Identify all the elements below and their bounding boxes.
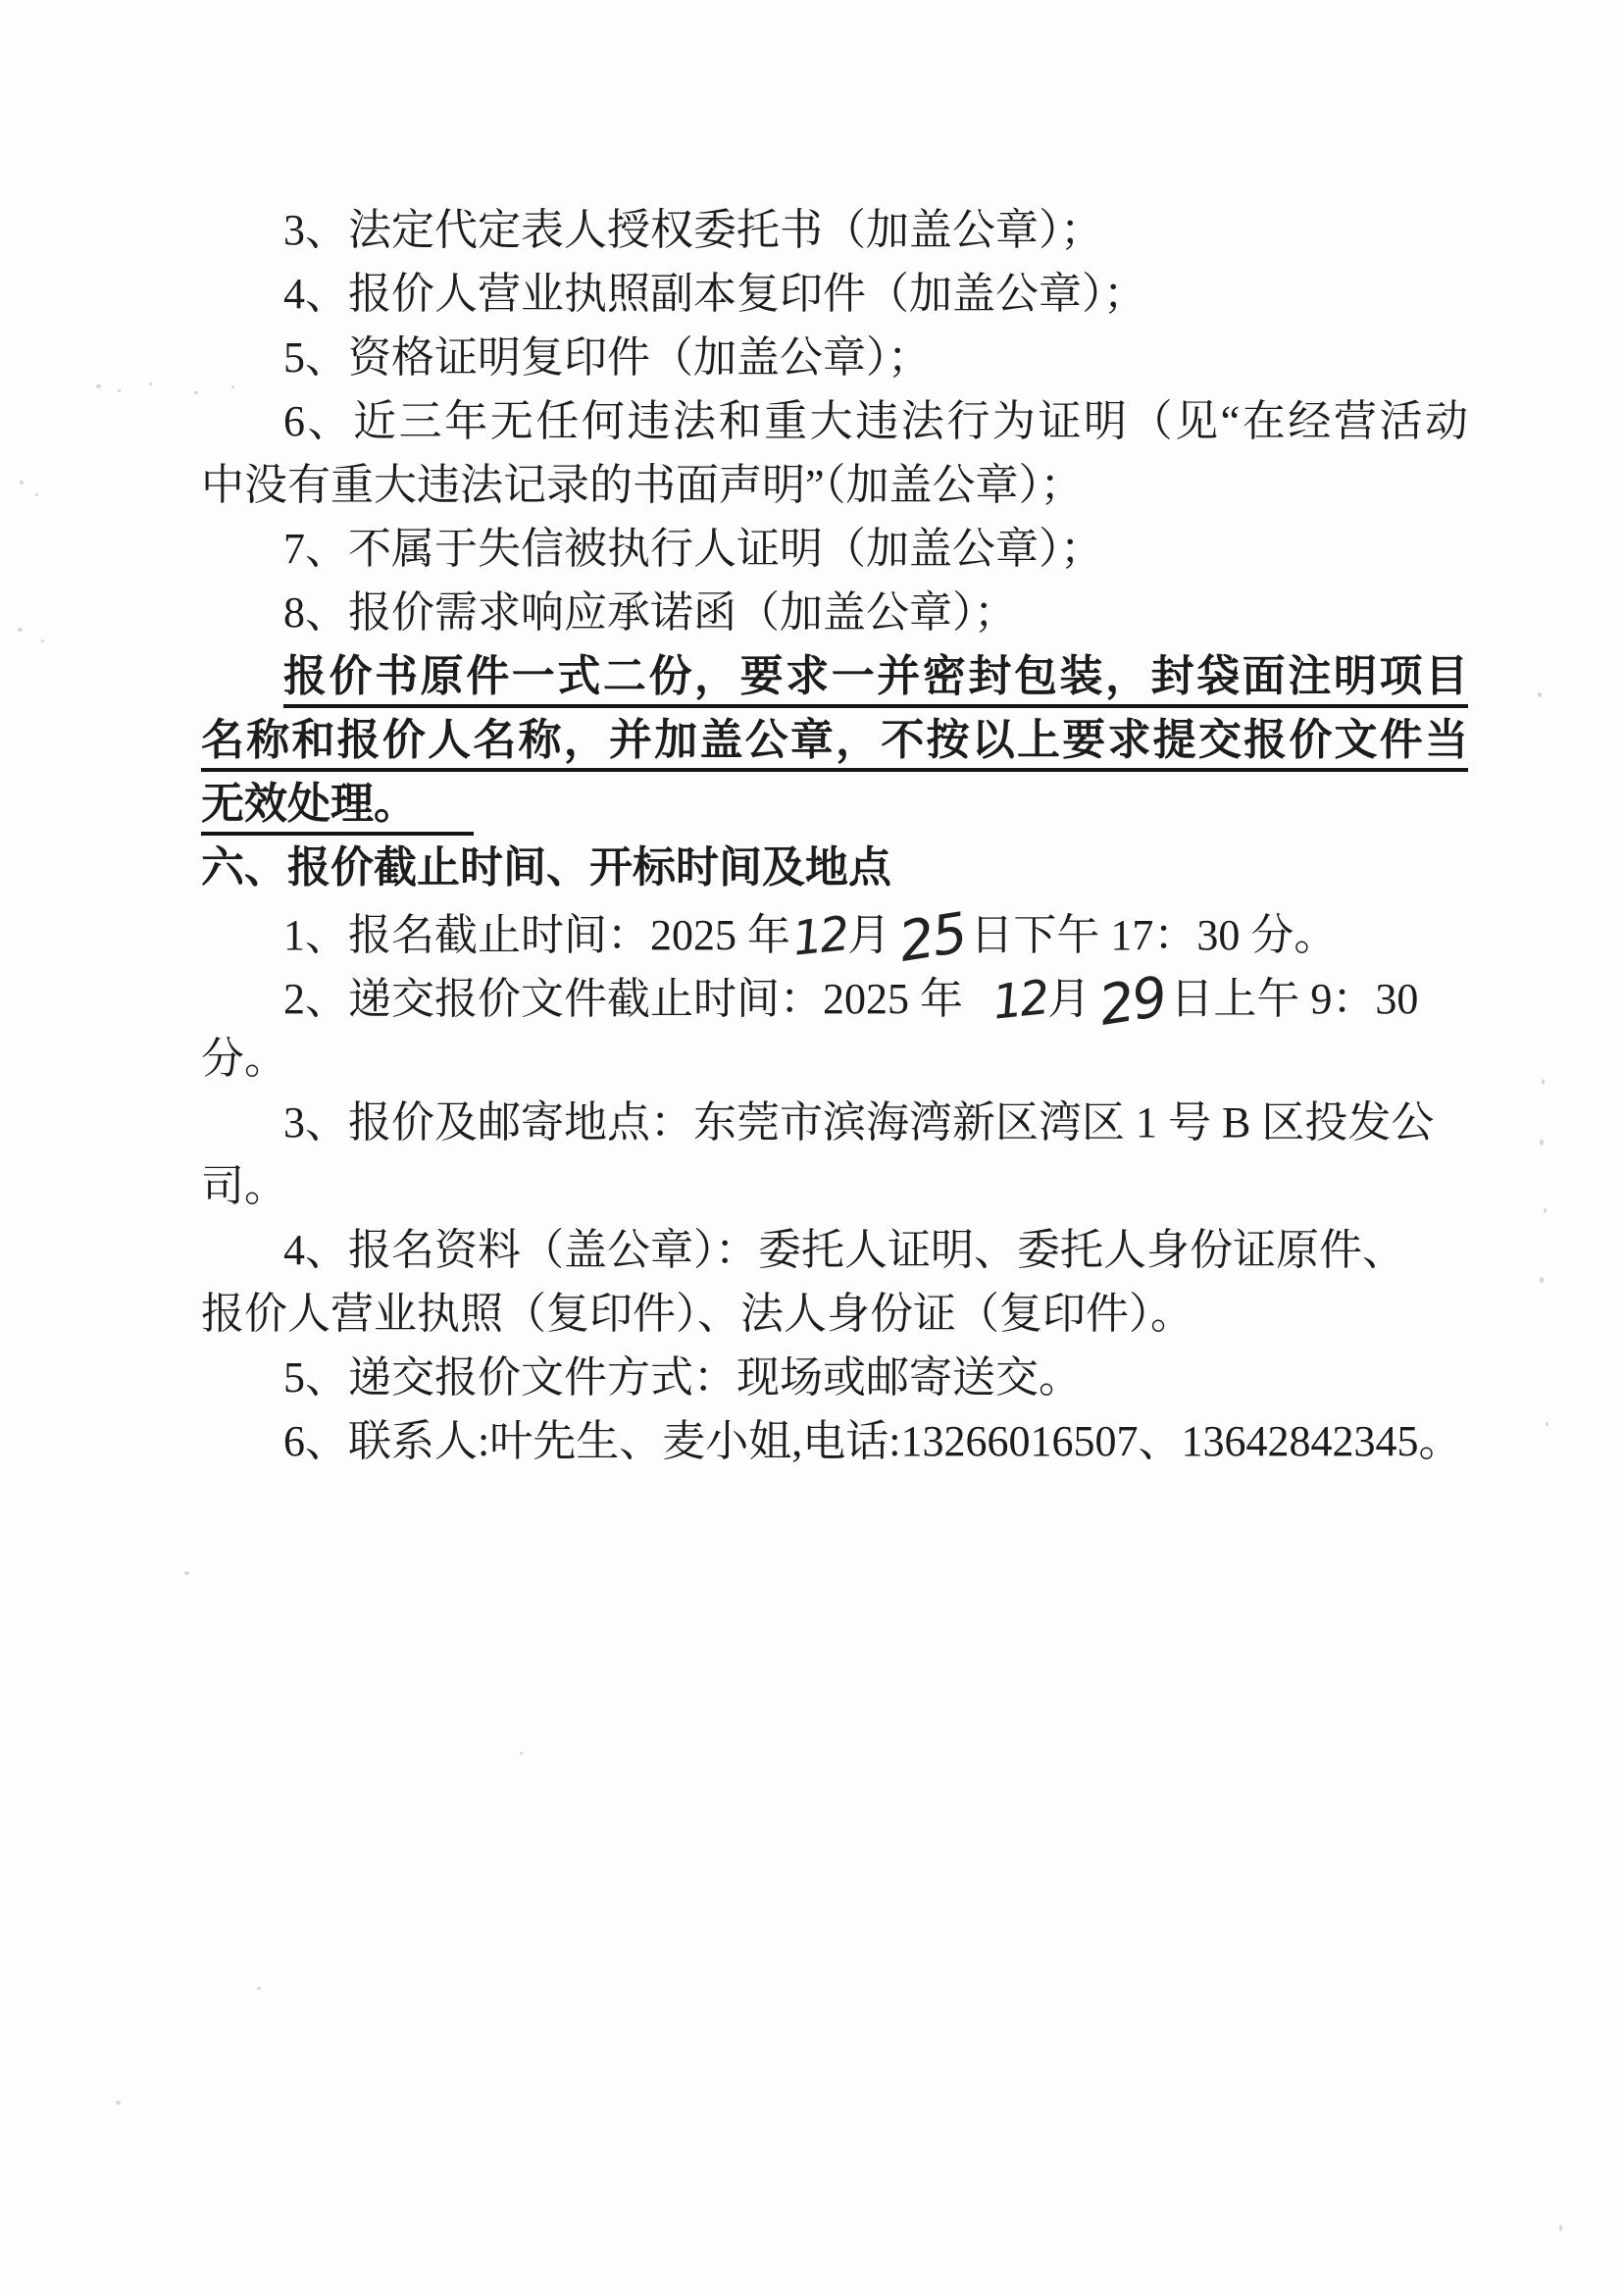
doc-line-item6-text: 6、近三年无任何违法和重大违法行为证明（见“在经营活动 (283, 389, 1468, 453)
noise-speck (96, 384, 101, 388)
doc-line-sealing-note-3: 无效处理。 (201, 772, 1468, 836)
noise-speck (1559, 2224, 1562, 2231)
printed-text: 月 (1047, 975, 1091, 1023)
doc-line-deadline-submit-cont: 分。 (201, 1027, 1468, 1091)
handwritten-month: 12 (789, 902, 850, 971)
noise-speck (1538, 692, 1542, 697)
noise-speck (1546, 1422, 1548, 1426)
doc-heading-section6: 六、报价截止时间、开标时间及地点 (201, 836, 1468, 899)
printed-text: 日下午 17：30 分。 (970, 911, 1337, 959)
printed-text: 2、递交报价文件截止时间：2025 年 (283, 975, 963, 1023)
noise-speck (20, 481, 24, 484)
printed-text: 1、报名截止时间：2025 年 (283, 911, 790, 959)
noise-speck (149, 382, 152, 385)
doc-line-item7: 7、不属于失信被执行人证明（加盖公章）； (201, 517, 1468, 581)
noise-speck (1540, 1140, 1544, 1146)
noise-speck (116, 2101, 121, 2105)
noise-speck (257, 1987, 261, 1990)
doc-line-item3: 3、法定代定表人授权委托书（加盖公章）； (201, 198, 1468, 262)
document-text-block: 3、法定代定表人授权委托书（加盖公章）； 4、报价人营业执照副本复印件（加盖公章… (201, 198, 1468, 1473)
noise-speck (41, 639, 44, 642)
noise-speck (35, 493, 38, 496)
handwritten-day: 25 (895, 901, 971, 975)
doc-line-deadline-submit: 2、递交报价文件截止时间：2025 年12月29日上午 9：30 (201, 963, 1468, 1027)
underlined-text: 无效处理。 (201, 772, 474, 836)
noise-speck (1540, 1277, 1544, 1283)
scanned-page: 3、法定代定表人授权委托书（加盖公章）； 4、报价人营业执照副本复印件（加盖公章… (0, 0, 1624, 2293)
noise-speck (231, 385, 234, 388)
noise-speck (194, 391, 198, 394)
handwritten-day: 29 (1095, 965, 1171, 1039)
doc-line-deadline-signup: 1、报名截止时间：2025 年12月25日下午 17：30 分。 (201, 899, 1468, 963)
doc-line-item6-cont: 中没有重大违法记录的书面声明”（加盖公章）； (201, 453, 1468, 517)
underlined-text: 报价书原件一式二份，要求一并密封包装，封袋面注明项目 (283, 644, 1468, 708)
noise-speck (520, 1752, 523, 1755)
doc-line-item4: 4、报价人营业执照副本复印件（加盖公章）； (201, 262, 1468, 326)
noise-speck (18, 628, 23, 632)
handwritten-month: 12 (990, 966, 1050, 1035)
printed-text: 日上午 9：30 (1170, 975, 1418, 1023)
doc-line-item5: 5、资格证明复印件（加盖公章）； (201, 326, 1468, 389)
doc-line-item8: 8、报价需求响应承诺函（加盖公章）； (201, 581, 1468, 644)
printed-text: 月 (847, 911, 890, 959)
doc-line-sealing-note-1: 报价书原件一式二份，要求一并密封包装，封袋面注明项目 (201, 644, 1468, 708)
doc-line-contacts: 6、联系人:叶先生、麦小姐,电话:13266016507、13642842345… (201, 1409, 1468, 1473)
noise-speck (184, 1571, 189, 1575)
doc-line-signup-materials: 4、报名资料（盖公章）：委托人证明、委托人身份证原件、 (201, 1218, 1468, 1282)
noise-speck (1542, 1079, 1545, 1085)
noise-speck (118, 389, 121, 392)
doc-line-address-cont: 司。 (201, 1154, 1468, 1218)
doc-line-sealing-note-2: 名称和报价人名称，并加盖公章，不按以上要求提交报价文件当 (201, 708, 1468, 772)
underlined-text: 名称和报价人名称，并加盖公章，不按以上要求提交报价文件当 (201, 708, 1468, 772)
doc-line-signup-materials-cont: 报价人营业执照（复印件）、法人身份证（复印件）。 (201, 1282, 1468, 1346)
doc-line-delivery-method: 5、递交报价文件方式：现场或邮寄送交。 (201, 1346, 1468, 1409)
doc-line-item6: 6、近三年无任何违法和重大违法行为证明（见“在经营活动 (201, 389, 1468, 453)
noise-speck (1544, 1208, 1547, 1213)
doc-line-address: 3、报价及邮寄地点：东莞市滨海湾新区湾区 1 号 B 区投发公 (201, 1091, 1468, 1154)
